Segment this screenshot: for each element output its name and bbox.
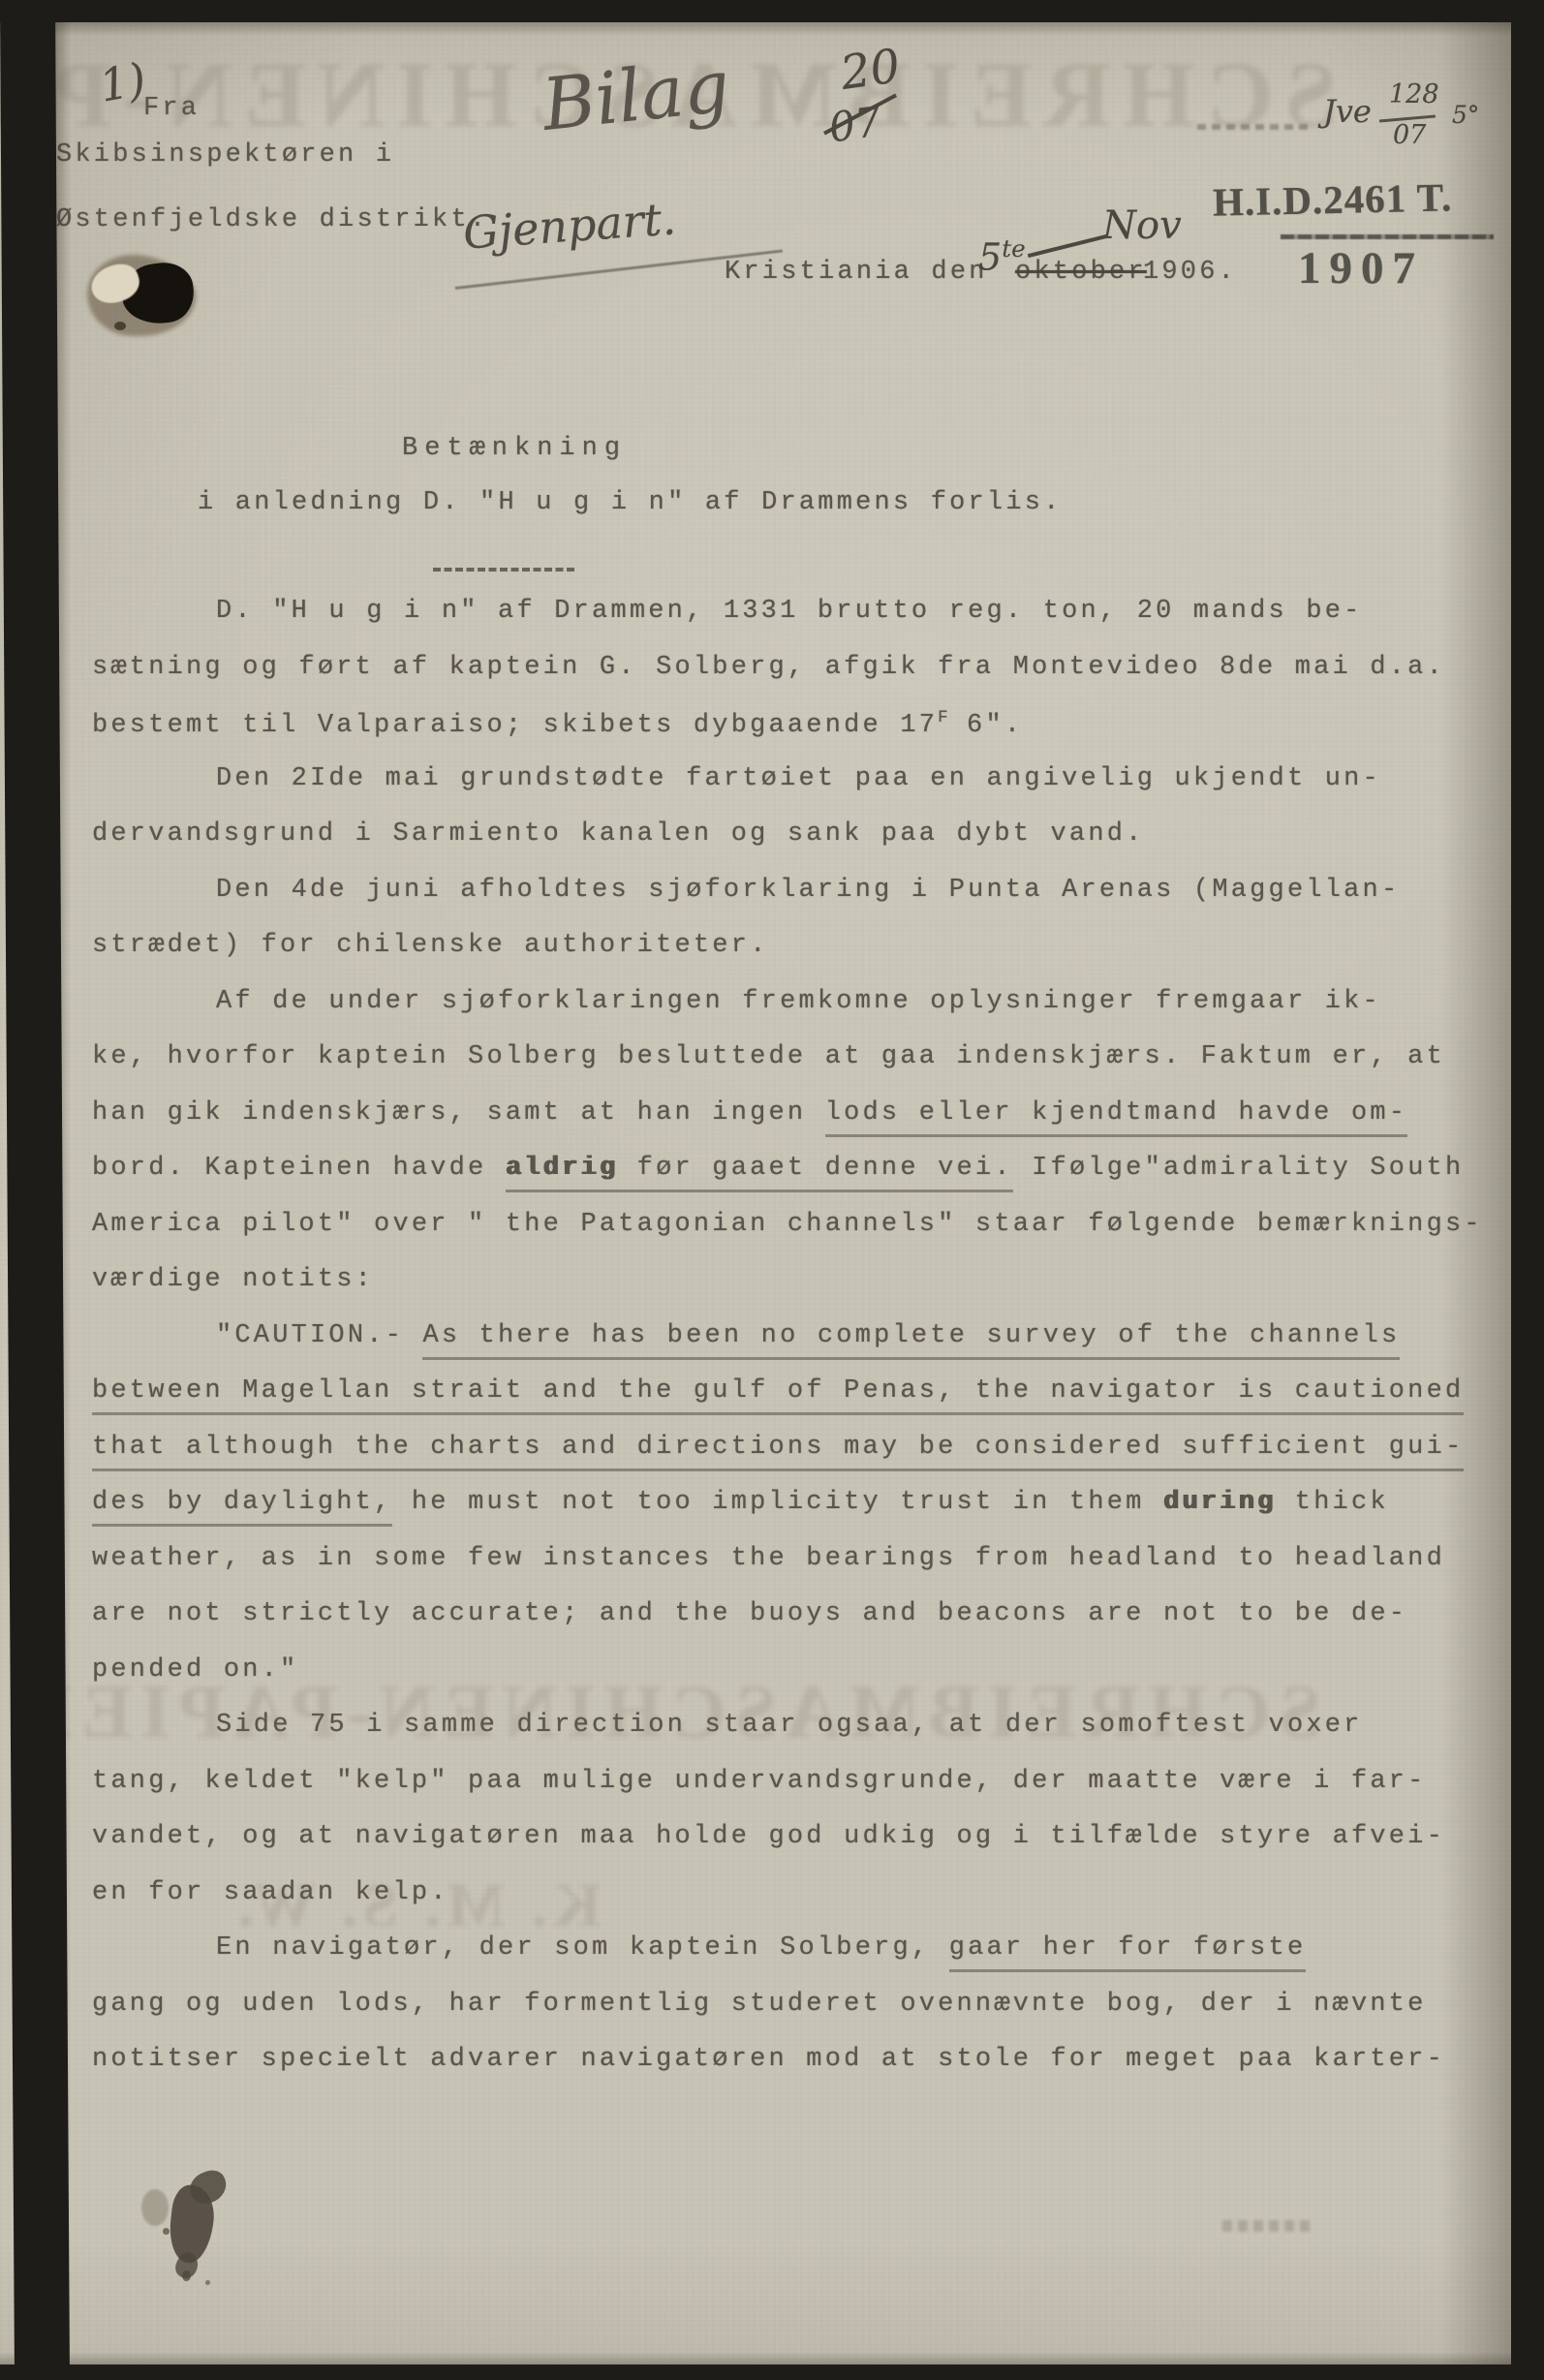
body-line: bord. Kapteinen havde aldrig før gaaet d… [92, 1154, 1487, 1210]
body-line: en for saadan kelp. [92, 1878, 1487, 1934]
body-line: notitser specielt advarer navigatøren mo… [92, 2045, 1487, 2101]
ink-speck [205, 2280, 210, 2285]
scan-background-bottom [0, 2365, 1544, 2380]
body-line: America pilot" over " the Patagonian cha… [92, 1210, 1487, 1266]
body-line: strædet) for chilenske authoriteter. [92, 931, 1487, 987]
body-line: weather, as in some few instances the be… [92, 1544, 1487, 1600]
dateline-month-struck: oktober [1015, 258, 1147, 287]
ink-speck [163, 2228, 170, 2235]
stamp-year-line [1281, 234, 1494, 239]
ink-blot-splash [141, 2189, 169, 2226]
scan-background-right [1511, 0, 1544, 2380]
body-line: pended on." [92, 1655, 1487, 1712]
body-line: ke, hvorfor kaptein Solberg besluttede a… [92, 1042, 1487, 1098]
scan-background-top [0, 0, 1544, 22]
faded-mark-bottom-right [1222, 2220, 1315, 2232]
handwritten-journal-numerator: 128 [1389, 79, 1439, 109]
body-line: des by daylight, he must not too implici… [92, 1488, 1487, 1544]
body-line: dervandsgrund i Sarmiento kanalen og san… [92, 819, 1487, 876]
body-line: En navigatør, der som kaptein Solberg, g… [92, 1933, 1487, 1990]
stamp-year: 1907 [1298, 242, 1424, 294]
document-body: D. "H u g i n" af Drammen, 1331 brutto r… [92, 597, 1487, 2101]
handwritten-journal-denominator: 07 [1393, 120, 1426, 150]
handwritten-month-correction: Nov [1102, 203, 1182, 248]
body-line: Den 4de juni afholdtes sjøforklaring i P… [92, 876, 1487, 932]
title-underline-dashes [433, 568, 574, 572]
body-line: gang og uden lods, har formentlig studer… [92, 1990, 1487, 2046]
handwritten-journal-prefix: Jve [1323, 93, 1372, 130]
handwritten-day: 5te [978, 234, 1026, 279]
body-line: sætning og ført af kaptein G. Solberg, a… [92, 653, 1487, 709]
edge-shadow-bottom [0, 2352, 1544, 2365]
edge-shadow-top [0, 22, 1544, 36]
body-line: between Magellan strait and the gulf of … [92, 1376, 1487, 1433]
handwritten-copy-note: Gjenpart. [461, 192, 677, 259]
paper-sheet: SCHREIBMASCHINEN-PA SCHREIBMASCHINEN-PAP… [0, 0, 1544, 2380]
sender-line-1: Fra [143, 94, 200, 123]
dateline-place: Kristiania den [725, 258, 988, 287]
handwritten-index-mark: 1) [96, 52, 150, 111]
archive-stamp-hid: H.I.D.2461 T. [1213, 173, 1453, 225]
paper-speck [114, 322, 126, 330]
body-line: Den 2Ide mai grundstødte fartøiet paa en… [92, 764, 1487, 820]
scanned-document-page: { "sender": ["Fra", "Skibsinspektøren i"… [0, 0, 1544, 2380]
sender-line-3: Østenfjeldske distrikt. [56, 205, 488, 234]
dateline-year-old: 1906. [1143, 258, 1237, 287]
sender-line-2: Skibsinspektøren i [56, 140, 394, 170]
handwritten-case-numerator: 20 [837, 39, 903, 101]
body-line: værdige notits: [92, 1265, 1487, 1321]
document-subtitle: i anledning D. "H u g i n" af Drammens f… [198, 488, 1063, 517]
body-line: "CAUTION.- As there has been no complete… [92, 1321, 1487, 1377]
body-line: tang, keldet "kelp" paa mulige undervand… [92, 1767, 1487, 1823]
body-line: bestemt til Valparaiso; skibets dybgaaen… [92, 708, 1487, 764]
body-line: Side 75 i samme direction staar ogsaa, a… [92, 1711, 1487, 1767]
handwritten-case-denominator: 07 [826, 98, 884, 152]
body-line: are not strictly accurate; and the buoys… [92, 1599, 1487, 1655]
handwritten-journal-suffix: 5° [1452, 101, 1479, 129]
body-line: Af de under sjøforklaringen fremkomne op… [92, 987, 1487, 1043]
body-line: that although the charts and directions … [92, 1433, 1487, 1489]
faded-pen-dashes [1197, 124, 1312, 130]
body-line: D. "H u g i n" af Drammen, 1331 brutto r… [92, 597, 1487, 653]
body-line: han gik indenskjærs, samt at han ingen l… [92, 1098, 1487, 1155]
ink-speck [182, 2271, 191, 2281]
body-line: vandet, og at navigatøren maa holde god … [92, 1822, 1487, 1878]
document-title: Betænkning [402, 434, 627, 463]
pen-stroke [1028, 234, 1107, 258]
